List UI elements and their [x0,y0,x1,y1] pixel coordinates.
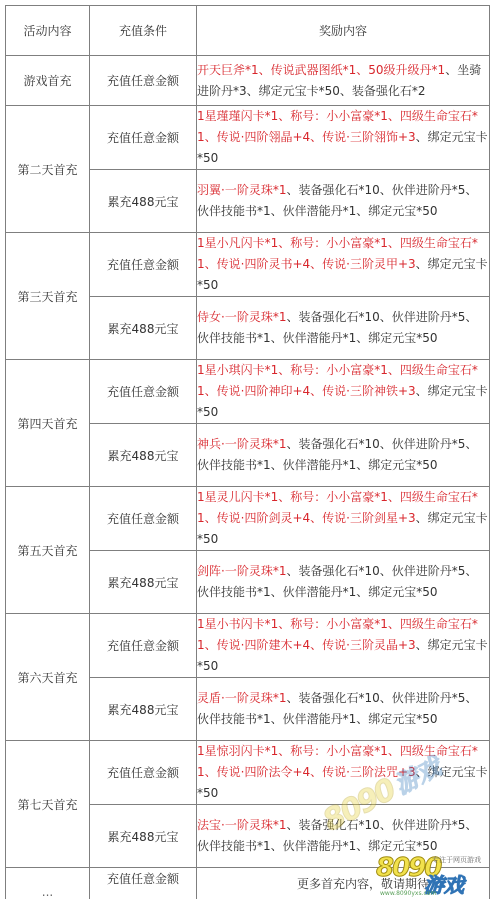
header-condition: 充值条件 [90,6,197,56]
condition-cell: 充值任意金额 [90,868,197,899]
header-reward: 奖励内容 [197,6,490,56]
table-row-day6-tier1: 第六天首充 充值任意金额 1星小书闪卡*1、称号：小小富豪*1、四级生命宝石*1… [6,614,490,678]
condition-cell: 累充488元宝 [90,424,197,487]
reward-highlight: 侍女·一阶灵珠*1 [197,310,286,324]
activity-cell: 第三天首充 [6,233,90,360]
condition-cell: 充值任意金额 [90,106,197,170]
reward-highlight: 灵盾·一阶灵珠*1 [197,691,286,705]
reward-cell: 更多首充内容，敬请期待 [197,868,490,899]
first-recharge-rewards-table: 活动内容 充值条件 奖励内容 游戏首充 充值任意金额 开天巨斧*1、传说武器图纸… [5,5,490,899]
reward-cell: 1星瑾瑾闪卡*1、称号：小小富豪*1、四级生命宝石*1、传说·四阶翎晶+4、传说… [197,106,490,170]
reward-highlight: 法宝·一阶灵珠*1 [197,818,286,832]
reward-cell: 羽翼·一阶灵珠*1、装备强化石*10、伙伴进阶丹*5、伙伴技能书*1、伙伴潜能丹… [197,170,490,233]
header-row: 活动内容 充值条件 奖励内容 [6,6,490,56]
table-row-day5-tier1: 第五天首充 充值任意金额 1星灵儿闪卡*1、称号：小小富豪*1、四级生命宝石*1… [6,487,490,551]
table-row-day4-tier1: 第四天首充 充值任意金额 1星小琪闪卡*1、称号：小小富豪*1、四级生命宝石*1… [6,360,490,424]
activity-cell: 第四天首充 [6,360,90,487]
condition-cell: 累充488元宝 [90,805,197,868]
reward-cell: 开天巨斧*1、传说武器图纸*1、50级升级丹*1、坐骑进阶丹*3、绑定元宝卡*5… [197,56,490,106]
table-row-day2-tier1: 第二天首充 充值任意金额 1星瑾瑾闪卡*1、称号：小小富豪*1、四级生命宝石*1… [6,106,490,170]
condition-cell: 充值任意金额 [90,487,197,551]
reward-cell: 神兵·一阶灵珠*1、装备强化石*10、伙伴进阶丹*5、伙伴技能书*1、伙伴潜能丹… [197,424,490,487]
activity-cell: 第六天首充 [6,614,90,741]
condition-cell: 充值任意金额 [90,360,197,424]
reward-cell: 剑阵·一阶灵珠*1、装备强化石*10、伙伴进阶丹*5、伙伴技能书*1、伙伴潜能丹… [197,551,490,614]
condition-cell: 累充488元宝 [90,551,197,614]
condition-cell: 充值任意金额 [90,56,197,106]
reward-highlight: 羽翼·一阶灵珠*1 [197,183,286,197]
reward-cell: 法宝·一阶灵珠*1、装备强化石*10、伙伴进阶丹*5、伙伴技能书*1、伙伴潜能丹… [197,805,490,868]
table-row-day7-tier1: 第七天首充 充值任意金额 1星惊羽闪卡*1、称号：小小富豪*1、四级生命宝石*1… [6,741,490,805]
reward-cell: 1星小琪闪卡*1、称号：小小富豪*1、四级生命宝石*1、传说·四阶神印+4、传说… [197,360,490,424]
condition-cell: 累充488元宝 [90,297,197,360]
activity-cell: 第七天首充 [6,741,90,868]
table-row-game-first-recharge: 游戏首充 充值任意金额 开天巨斧*1、传说武器图纸*1、50级升级丹*1、坐骑进… [6,56,490,106]
activity-cell: 游戏首充 [6,56,90,106]
condition-cell: 充值任意金额 [90,741,197,805]
condition-cell: 累充488元宝 [90,170,197,233]
reward-highlight: 开天巨斧*1、传说武器图纸*1、50级升级丹*1 [197,63,445,77]
reward-cell: 灵盾·一阶灵珠*1、装备强化石*10、伙伴进阶丹*5、伙伴技能书*1、伙伴潜能丹… [197,678,490,741]
condition-cell: 充值任意金额 [90,233,197,297]
table-row-more: ... 充值任意金额 更多首充内容，敬请期待 [6,868,490,899]
reward-cell: 侍女·一阶灵珠*1、装备强化石*10、伙伴进阶丹*5、伙伴技能书*1、伙伴潜能丹… [197,297,490,360]
table-row-day3-tier1: 第三天首充 充值任意金额 1星小凡闪卡*1、称号：小小富豪*1、四级生命宝石*1… [6,233,490,297]
condition-cell: 累充488元宝 [90,678,197,741]
activity-cell: ... [6,868,90,899]
header-activity: 活动内容 [6,6,90,56]
condition-cell: 充值任意金额 [90,614,197,678]
reward-cell: 1星灵儿闪卡*1、称号：小小富豪*1、四级生命宝石*1、传说·四阶剑灵+4、传说… [197,487,490,551]
reward-cell: 1星小书闪卡*1、称号：小小富豪*1、四级生命宝石*1、传说·四阶建木+4、传说… [197,614,490,678]
reward-highlight: 剑阵·一阶灵珠*1 [197,564,286,578]
reward-cell: 1星小凡闪卡*1、称号：小小富豪*1、四级生命宝石*1、传说·四阶灵书+4、传说… [197,233,490,297]
activity-cell: 第五天首充 [6,487,90,614]
reward-cell: 1星惊羽闪卡*1、称号：小小富豪*1、四级生命宝石*1、传说·四阶法令+4、传说… [197,741,490,805]
reward-highlight: 神兵·一阶灵珠*1 [197,437,286,451]
activity-cell: 第二天首充 [6,106,90,233]
